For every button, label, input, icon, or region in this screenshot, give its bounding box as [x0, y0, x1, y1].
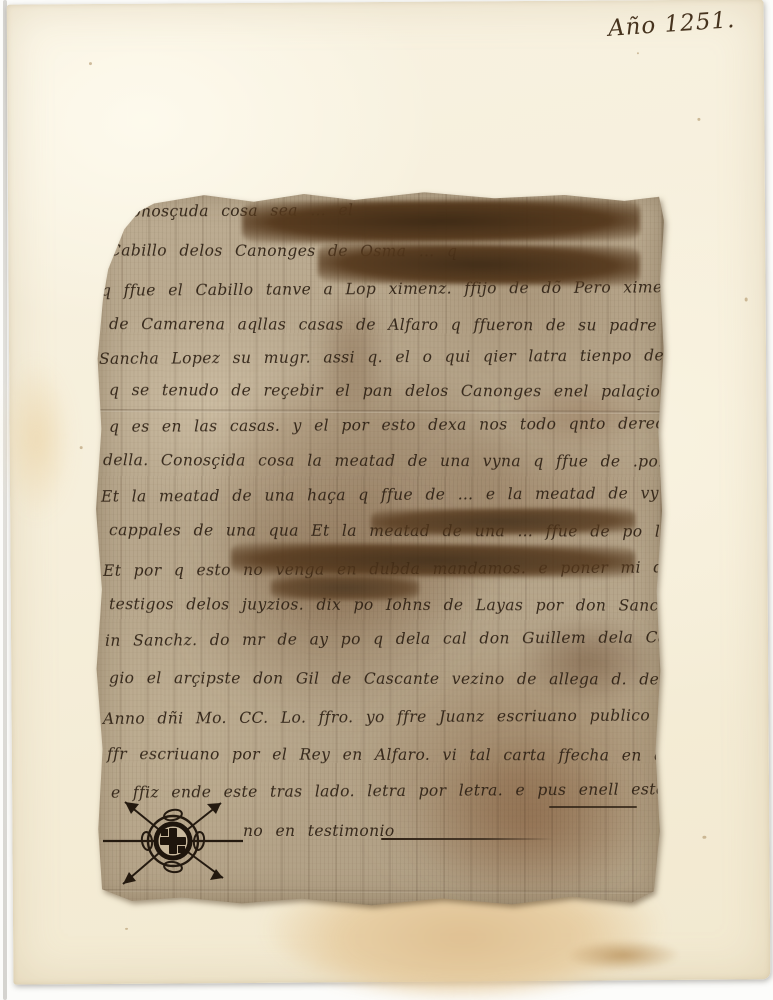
manuscript-line: ffr escriuano por el Rey en Alfaro. vi t… — [107, 747, 749, 764]
manuscript-line: q se tenudo de reçebir el pan delos Cano… — [109, 383, 724, 400]
manuscript-line: in Sanchz. do mr de ay po q dela cal don… — [105, 630, 705, 649]
closing-rule-line — [381, 838, 553, 840]
pen-flourish-line — [549, 806, 637, 808]
paper-speck — [745, 297, 748, 301]
paper-speck — [89, 62, 92, 65]
notary-signum-icon — [103, 786, 243, 896]
paper-speck — [637, 52, 639, 54]
testimonio-closing-text: no en testimonio — [243, 824, 395, 840]
manuscript-line: Conosçuda cosa sea … el — [119, 203, 353, 220]
paper-speck — [125, 928, 128, 930]
manuscript-line: testigos delos juyzios. dix po Iohns de … — [109, 597, 679, 614]
photo-page-edge — [3, 0, 7, 1000]
manuscript-line: Cabillo delos Canonges de Osma … q — [109, 244, 457, 260]
manuscript-line: Et por q esto no venga en dubda mandamos… — [103, 560, 736, 579]
manuscript-line: cappales de una qua Et la meatad de una … — [109, 523, 689, 540]
paper-speck — [702, 836, 706, 839]
manuscript-line: q es en las casas. y el por esto dexa no… — [109, 416, 750, 435]
manuscript-line: q ffue el Cabillo tanve a Lop ximenz. ff… — [101, 280, 682, 299]
manuscript-line: Anno dñi Mo. CC. Lo. ffro. yo ffre Juanz… — [103, 708, 726, 727]
manuscript-line: Sancha Lopez su mugr. assi q. el o qui q… — [99, 348, 753, 367]
manuscript-parchment: Conosçuda cosa sea … el Cabillo delos Ca… — [93, 190, 663, 906]
manuscript-line: della. Conosçida cosa la meatad de una v… — [103, 453, 715, 470]
manuscript-text-block: Conosçuda cosa sea … el Cabillo delos Ca… — [93, 190, 663, 906]
backing-stain-left — [1, 359, 72, 519]
manuscript-line: Et la meatad de una haça q ffue de … e l… — [101, 486, 659, 505]
parchment-surface: Conosçuda cosa sea … el Cabillo delos Ca… — [92, 189, 664, 907]
paper-speck — [697, 118, 700, 121]
backing-stain-bottom-dark — [568, 940, 678, 971]
paper-speck — [80, 446, 83, 449]
